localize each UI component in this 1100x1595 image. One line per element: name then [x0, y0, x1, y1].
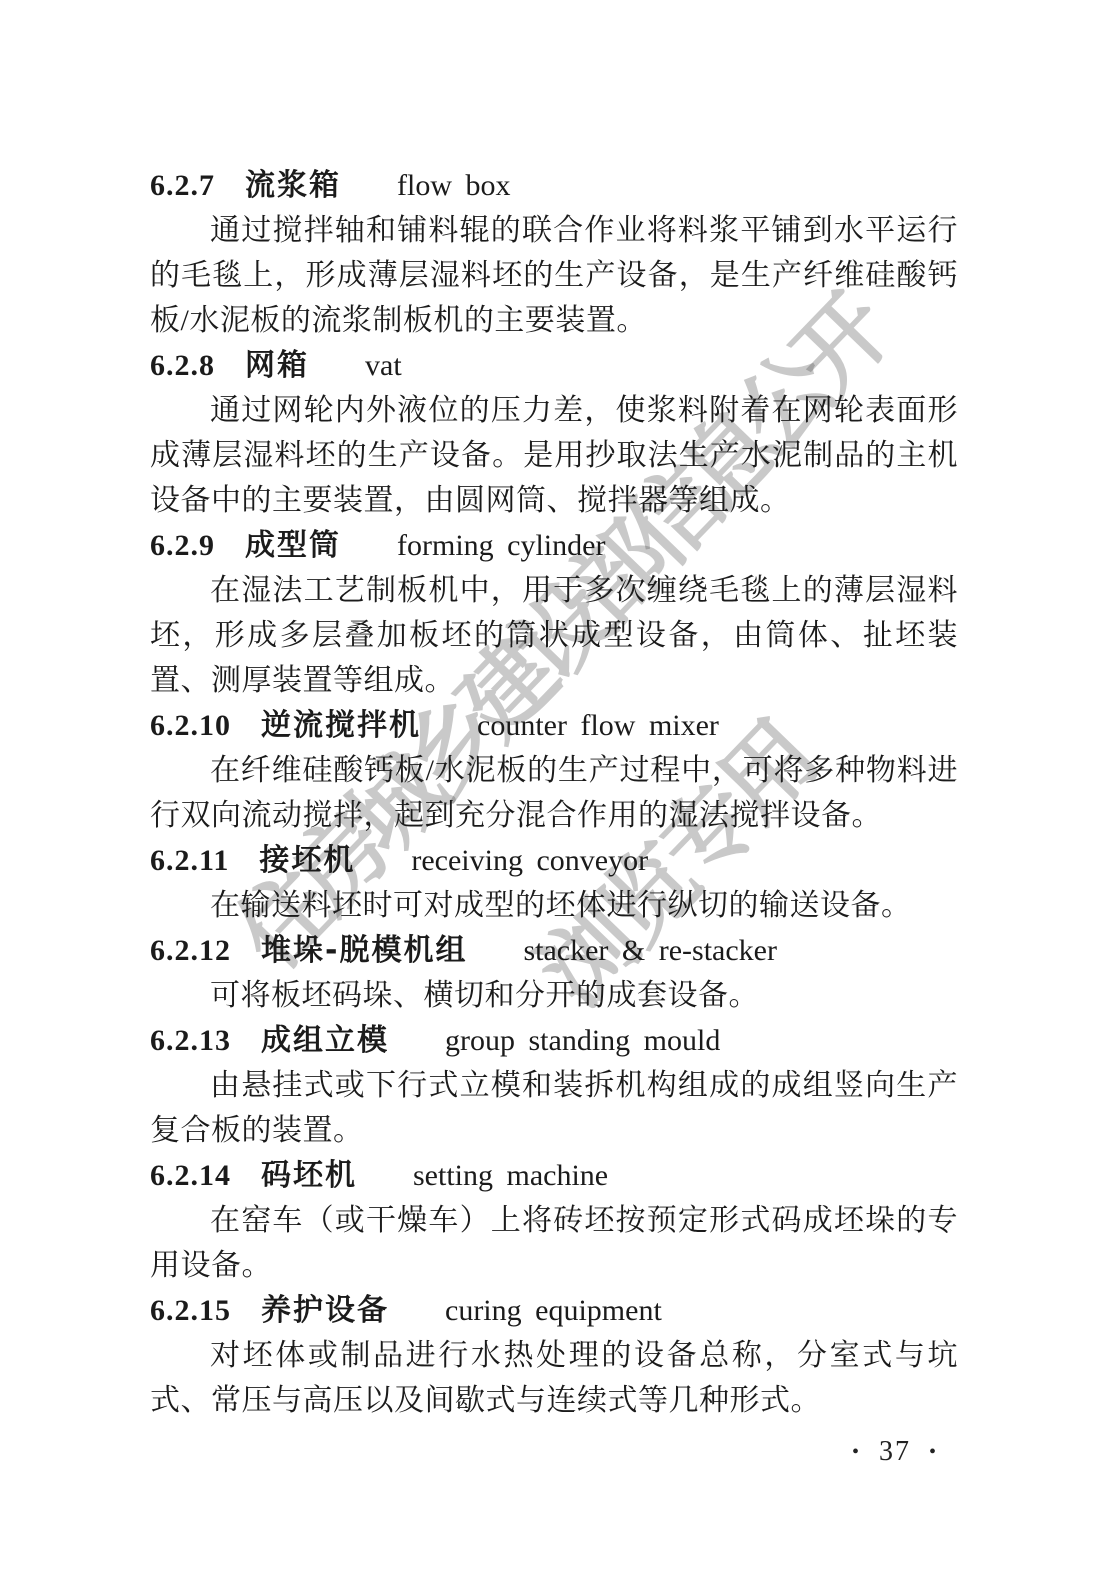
term-section: 6.2.13成组立模group standing mould 由悬挂式或下行式立…: [150, 1018, 958, 1153]
term-english: flow box: [397, 169, 511, 202]
term-heading: 6.2.11接坯机receiving conveyor: [150, 838, 958, 883]
term-chinese: 码坯机: [261, 1158, 357, 1193]
term-section: 6.2.14码坯机setting machine 在窑车（或干燥车）上将砖坯按预…: [150, 1153, 958, 1288]
document-page: 住房城乡建设部信息公开 浏览专用 6.2.7流浆箱flow box 通过搅拌轴和…: [0, 0, 1100, 1595]
term-definition: 在窑车（或干燥车）上将砖坯按预定形式码成坯垛的专用设备。: [150, 1198, 958, 1288]
term-chinese: 成组立模: [261, 1023, 389, 1058]
term-heading: 6.2.7流浆箱flow box: [150, 163, 958, 208]
page-number: • 37 •: [852, 1436, 938, 1468]
term-english: forming cylinder: [397, 529, 605, 562]
term-section: 6.2.10逆流搅拌机counter flow mixer 在纤维硅酸钙板/水泥…: [150, 703, 958, 838]
term-english: vat: [365, 349, 402, 382]
term-heading: 6.2.12堆垛-脱模机组stacker & re-stacker: [150, 928, 958, 973]
term-definition: 可将板坯码垛、横切和分开的成套设备。: [150, 973, 958, 1018]
term-definition: 通过网轮内外液位的压力差，使浆料附着在网轮表面形成薄层湿料坯的生产设备。是用抄取…: [150, 388, 958, 523]
page-number-value: 37: [879, 1436, 911, 1468]
term-chinese: 养护设备: [261, 1293, 389, 1328]
term-definition: 对坯体或制品进行水热处理的设备总称，分室式与坑式、常压与高压以及间歇式与连续式等…: [150, 1333, 958, 1423]
term-number: 6.2.9: [150, 529, 215, 562]
term-heading: 6.2.10逆流搅拌机counter flow mixer: [150, 703, 958, 748]
term-heading: 6.2.15养护设备curing equipment: [150, 1288, 958, 1333]
term-english: setting machine: [413, 1159, 608, 1192]
term-definition: 通过搅拌轴和铺料辊的联合作业将料浆平铺到水平运行的毛毯上，形成薄层湿料坯的生产设…: [150, 208, 958, 343]
term-section: 6.2.11接坯机receiving conveyor 在输送料坯时可对成型的坯…: [150, 838, 958, 928]
page-number-left-dot: •: [852, 1438, 861, 1466]
term-section: 6.2.8网箱vat 通过网轮内外液位的压力差，使浆料附着在网轮表面形成薄层湿料…: [150, 343, 958, 523]
term-section: 6.2.15养护设备curing equipment 对坯体或制品进行水热处理的…: [150, 1288, 958, 1423]
term-number: 6.2.15: [150, 1294, 231, 1327]
term-section: 6.2.7流浆箱flow box 通过搅拌轴和铺料辊的联合作业将料浆平铺到水平运…: [150, 163, 958, 343]
term-english: group standing mould: [445, 1024, 720, 1057]
term-english: receiving conveyor: [411, 844, 648, 877]
term-definition: 在湿法工艺制板机中，用于多次缠绕毛毯上的薄层湿料坯，形成多层叠加板坯的筒状成型设…: [150, 568, 958, 703]
term-chinese: 堆垛-脱模机组: [261, 933, 467, 968]
term-definition: 在纤维硅酸钙板/水泥板的生产过程中，可将多种物料进行双向流动搅拌，起到充分混合作…: [150, 748, 958, 838]
term-heading: 6.2.9成型筒forming cylinder: [150, 523, 958, 568]
term-number: 6.2.10: [150, 709, 231, 742]
term-heading: 6.2.13成组立模group standing mould: [150, 1018, 958, 1063]
term-english: curing equipment: [445, 1294, 662, 1327]
term-english: counter flow mixer: [477, 709, 719, 742]
term-section: 6.2.9成型筒forming cylinder 在湿法工艺制板机中，用于多次缠…: [150, 523, 958, 703]
term-number: 6.2.12: [150, 934, 231, 967]
term-number: 6.2.7: [150, 169, 215, 202]
term-section: 6.2.12堆垛-脱模机组stacker & re-stacker 可将板坯码垛…: [150, 928, 958, 1018]
term-chinese: 逆流搅拌机: [261, 708, 421, 743]
term-chinese: 接坯机: [259, 843, 355, 878]
term-number: 6.2.11: [150, 844, 229, 877]
term-definition: 由悬挂式或下行式立模和装拆机构组成的成组竖向生产复合板的装置。: [150, 1063, 958, 1153]
term-heading: 6.2.8网箱vat: [150, 343, 958, 388]
term-chinese: 成型筒: [245, 528, 341, 563]
term-heading: 6.2.14码坯机setting machine: [150, 1153, 958, 1198]
page-number-right-dot: •: [929, 1438, 938, 1466]
term-definition: 在输送料坯时可对成型的坯体进行纵切的输送设备。: [150, 883, 958, 928]
term-number: 6.2.14: [150, 1159, 231, 1192]
term-number: 6.2.8: [150, 349, 215, 382]
term-chinese: 流浆箱: [245, 168, 341, 203]
term-chinese: 网箱: [245, 348, 309, 383]
term-number: 6.2.13: [150, 1024, 231, 1057]
terminology-list: 6.2.7流浆箱flow box 通过搅拌轴和铺料辊的联合作业将料浆平铺到水平运…: [150, 163, 958, 1423]
term-english: stacker & re-stacker: [523, 934, 777, 967]
